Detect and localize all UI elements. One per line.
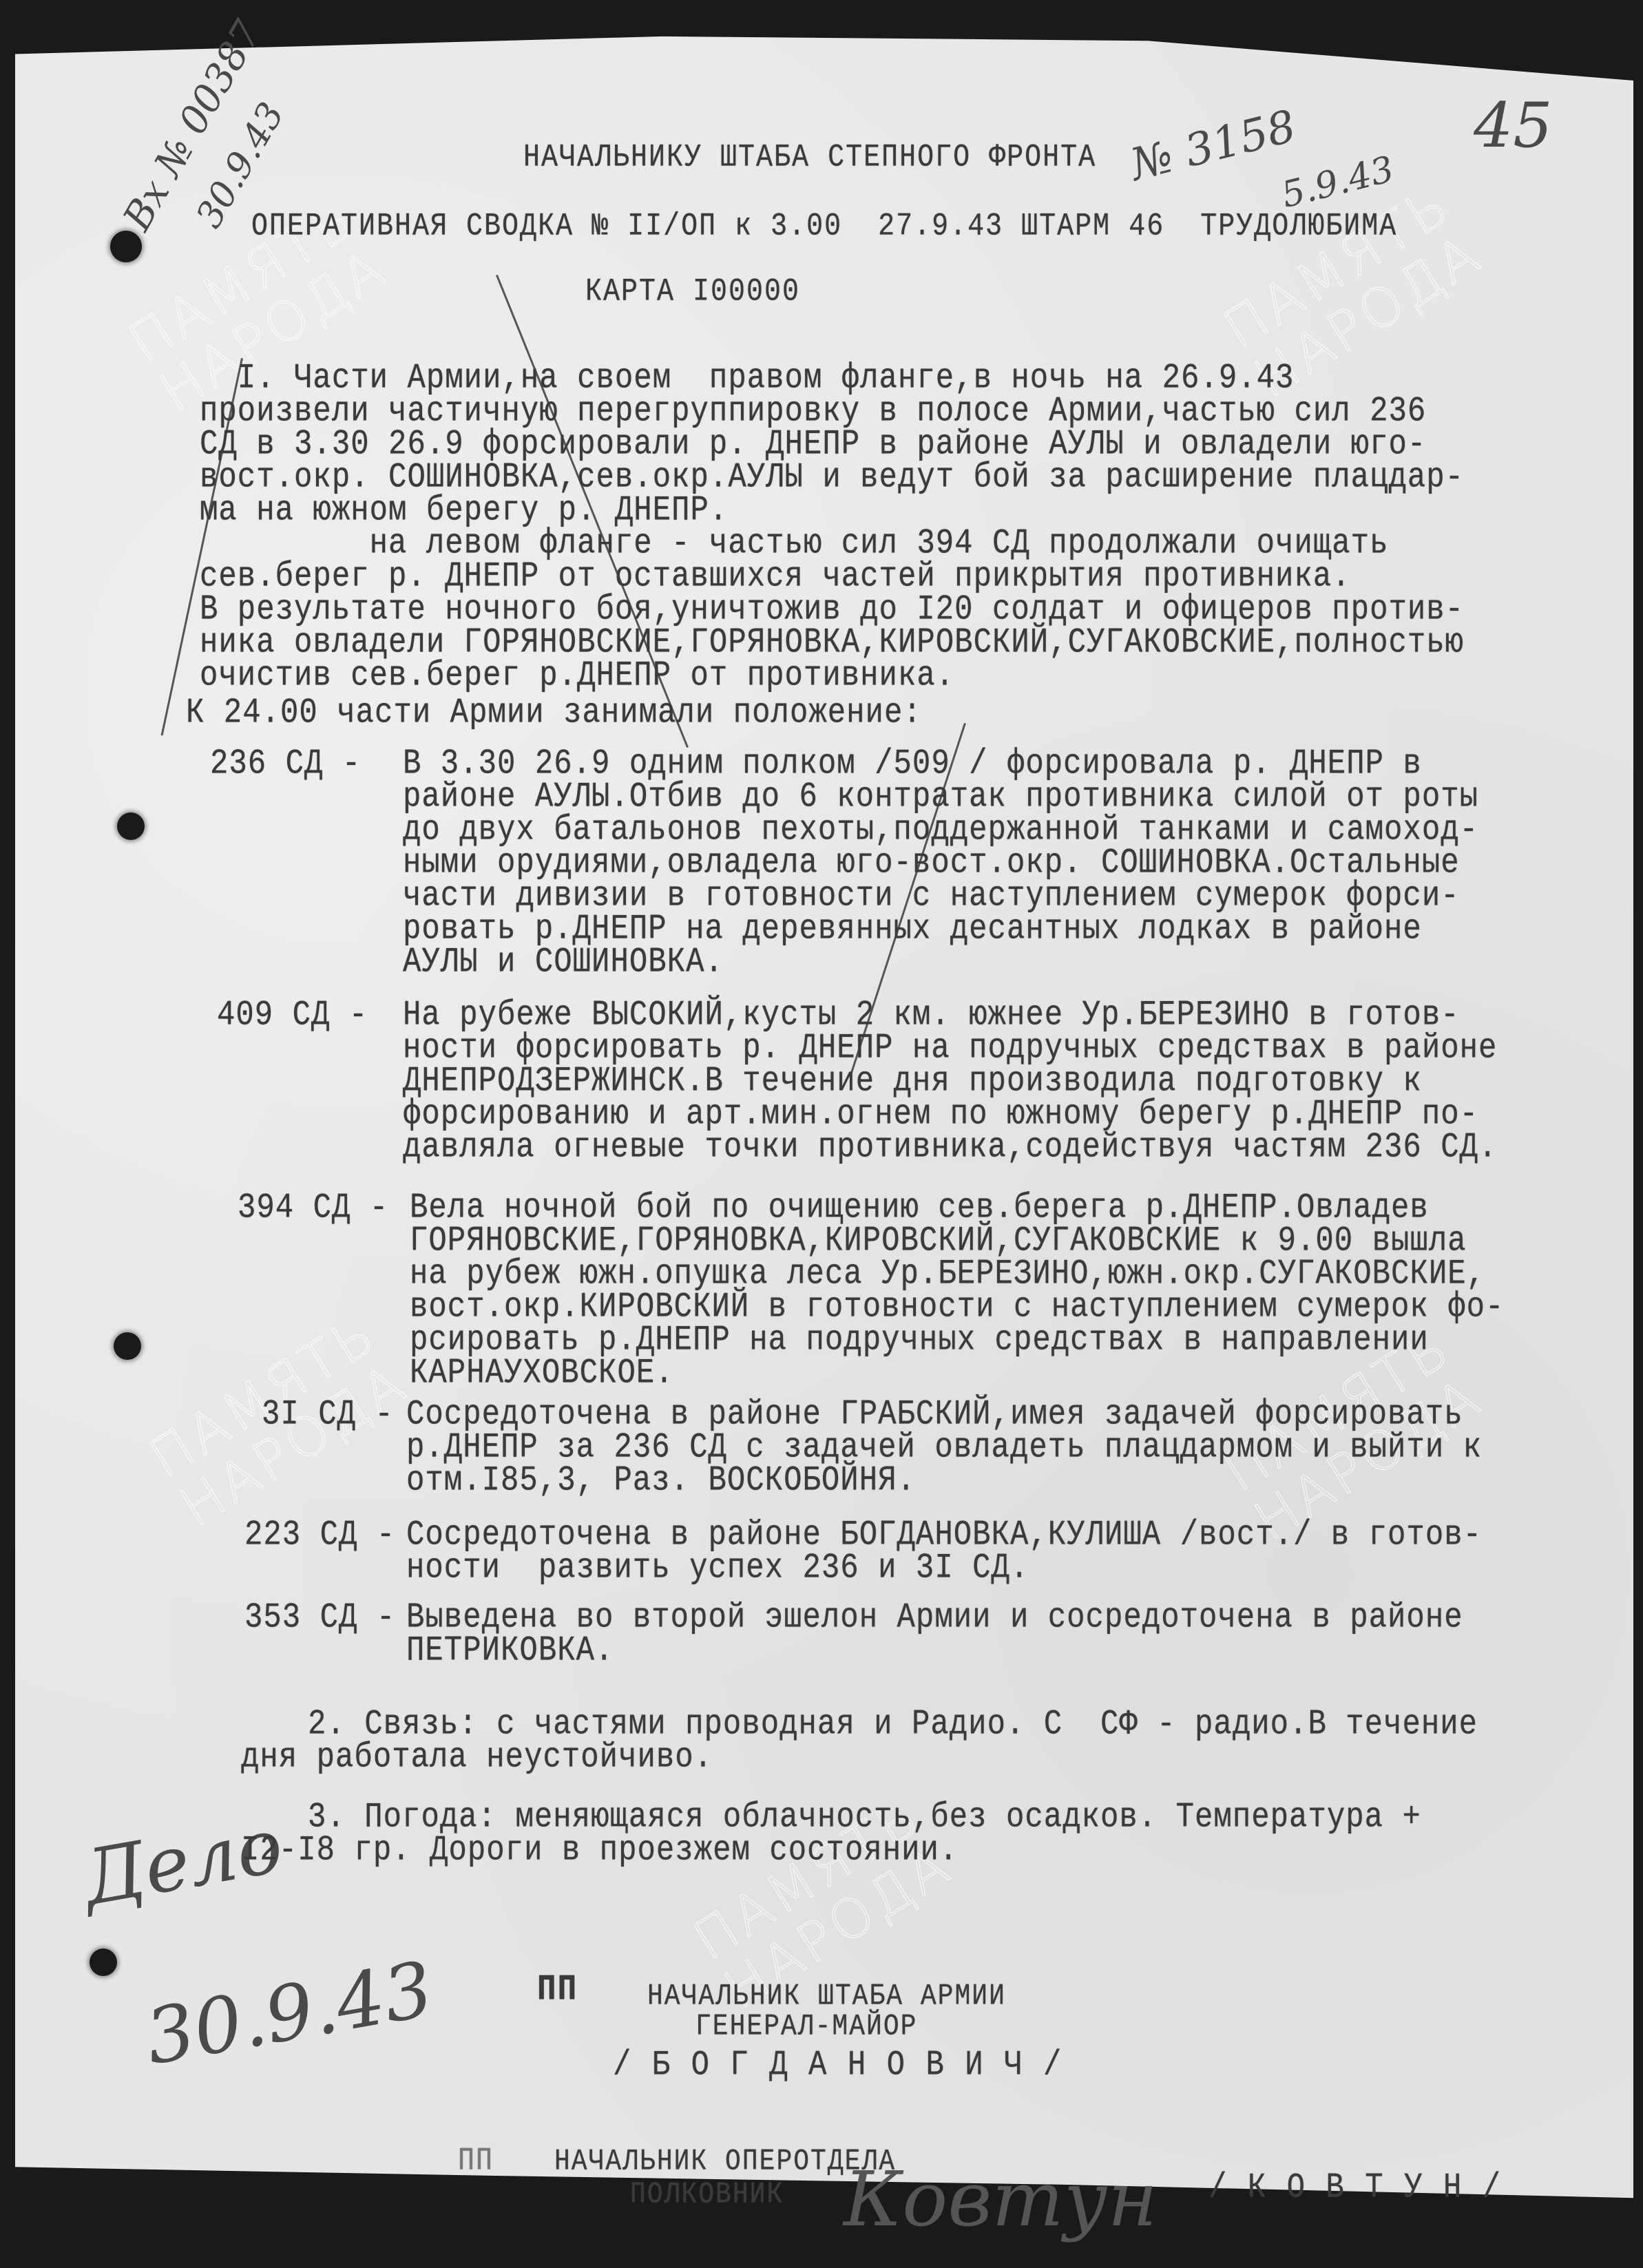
signature-name: / К О В Т У Н / <box>1208 2167 1502 2209</box>
signature-mark: ПП <box>458 2141 494 2183</box>
handwritten-signature: Ковтун <box>844 2155 1158 2243</box>
signature-mark: ПП <box>537 1969 578 2010</box>
punch-hole <box>90 1949 117 1976</box>
punch-hole <box>114 1332 141 1360</box>
text-line: дня работала неустойчиво. <box>241 1737 713 1778</box>
signature-name: / Б О Г Д А Н О В И Ч / <box>613 2045 1063 2086</box>
text-line: I2-I8 гр. Дороги в проезжем состоянии. <box>241 1830 958 1871</box>
signature-rank: ГЕНЕРАЛ-МАЙОР <box>695 2006 917 2048</box>
unit-label: 353 СД - <box>244 1597 395 1639</box>
text-line: КАРНАУХОВСКОЕ. <box>410 1353 674 1394</box>
map-scale: КАРТА I00000 <box>585 272 800 313</box>
addressee: НАЧАЛЬНИКУ ШТАБА СТЕПНОГО ФРОНТА <box>523 138 1096 179</box>
unit-label: 3I СД - <box>262 1394 394 1436</box>
report-title: ОПЕРАТИВНАЯ СВОДКА № II/ОП к 3.00 27.9.4… <box>251 207 1397 248</box>
punch-hole <box>110 231 142 262</box>
text-line: очистив сев.берег р.ДНЕПР от противника. <box>200 655 954 697</box>
unit-label: 223 СД - <box>244 1515 395 1556</box>
text-line: давляла огневые точки противника,содейст… <box>403 1127 1497 1168</box>
punch-hole <box>117 812 145 840</box>
text-line: АУЛЫ и СОШИНОВКА. <box>403 942 724 983</box>
unit-label: 394 СД - <box>238 1188 388 1229</box>
text-line: К 24.00 части Армии занимали положение: <box>186 693 922 734</box>
signature-rank: ПОЛКОВНИК <box>630 2174 784 2216</box>
unit-label: 236 СД - <box>210 744 361 785</box>
unit-label: 409 СД - <box>217 995 368 1036</box>
annotation-page-number: 45 <box>1474 90 1553 162</box>
text-line: ности развить успех 236 и 3I СД. <box>406 1548 1029 1589</box>
text-line: отм.I85,3, Раз. ВОСКОБОЙНЯ. <box>406 1460 916 1502</box>
text-line: ПЕТРИКОВКА. <box>406 1630 614 1672</box>
